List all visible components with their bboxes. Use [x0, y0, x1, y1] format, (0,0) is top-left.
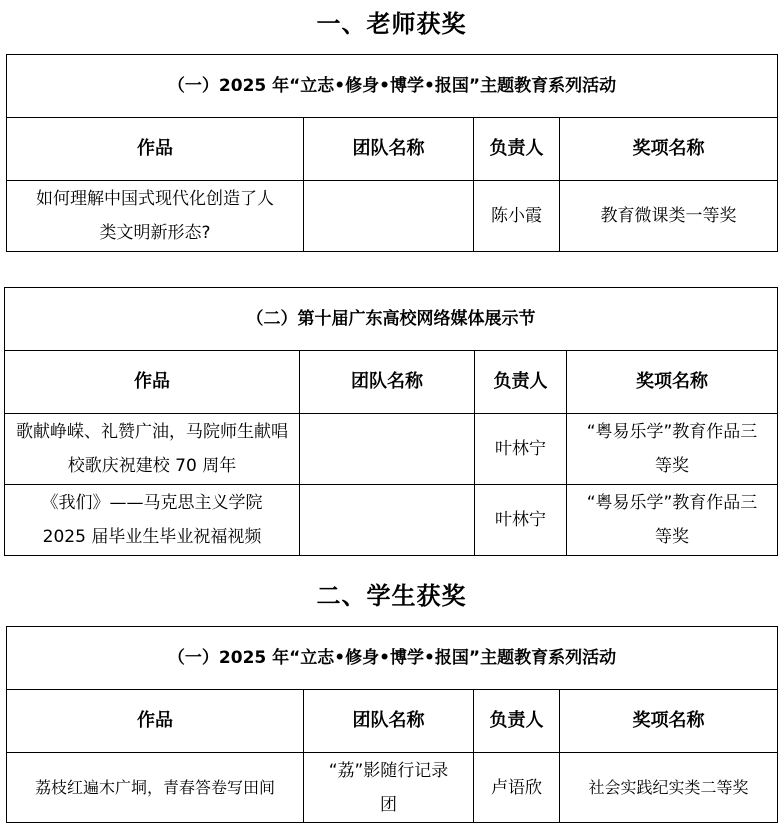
header-work: 作品: [7, 690, 304, 753]
header-leader: 负责人: [474, 690, 560, 753]
header-leader: 负责人: [474, 118, 560, 181]
table-caption: （二）第十届广东高校网络媒体展示节: [5, 288, 778, 351]
table-row: 荔枝红遍木广垌，青春答卷写田间 “荔”影随行记录团 卢语欣 社会实践纪实类二等奖: [7, 753, 778, 823]
cell-work: 如何理解中国式现代化创造了人类文明新形态?: [7, 181, 304, 252]
header-team-name: 团队名称: [304, 690, 474, 753]
header-leader: 负责人: [475, 351, 567, 414]
header-team-name: 团队名称: [300, 351, 475, 414]
table-caption: （一）2025 年“立志•修身•博学•报国”主题教育系列活动: [7, 627, 778, 690]
cell-award-name: “粤易乐学”教育作品三等奖: [567, 414, 778, 485]
cell-award-name: 社会实践纪实类二等奖: [560, 753, 778, 823]
cell-work: 《我们》——马克思主义学院 2025 届毕业生毕业祝福视频: [5, 485, 300, 556]
award-table-student-1: （一）2025 年“立志•修身•博学•报国”主题教育系列活动 作品 团队名称 负…: [6, 626, 778, 823]
table-row: 《我们》——马克思主义学院 2025 届毕业生毕业祝福视频 叶林宁 “粤易乐学”…: [5, 485, 778, 556]
header-award-name: 奖项名称: [560, 118, 778, 181]
cell-team-name: “荔”影随行记录团: [304, 753, 474, 823]
header-award-name: 奖项名称: [560, 690, 778, 753]
section-title-teacher-awards: 一、老师获奖: [0, 4, 783, 39]
cell-team-name: [300, 485, 475, 556]
cell-work: 歌献峥嵘、礼赞广油，马院师生献唱校歌庆祝建校 70 周年: [5, 414, 300, 485]
cell-award-name: “粤易乐学”教育作品三等奖: [567, 485, 778, 556]
header-work: 作品: [7, 118, 304, 181]
cell-leader: 叶林宁: [475, 485, 567, 556]
cell-work: 荔枝红遍木广垌，青春答卷写田间: [7, 753, 304, 823]
table-row: 如何理解中国式现代化创造了人类文明新形态? 陈小霞 教育微课类一等奖: [7, 181, 778, 252]
header-award-name: 奖项名称: [567, 351, 778, 414]
cell-leader: 卢语欣: [474, 753, 560, 823]
table-row: 歌献峥嵘、礼赞广油，马院师生献唱校歌庆祝建校 70 周年 叶林宁 “粤易乐学”教…: [5, 414, 778, 485]
section-title-student-awards: 二、学生获奖: [0, 576, 783, 611]
cell-team-name: [304, 181, 474, 252]
cell-team-name: [300, 414, 475, 485]
cell-award-name: 教育微课类一等奖: [560, 181, 778, 252]
cell-leader: 叶林宁: [475, 414, 567, 485]
award-table-teacher-2: （二）第十届广东高校网络媒体展示节 作品 团队名称 负责人 奖项名称 歌献峥嵘、…: [4, 287, 778, 556]
header-work: 作品: [5, 351, 300, 414]
table-caption: （一）2025 年“立志•修身•博学•报国”主题教育系列活动: [7, 55, 778, 118]
header-team-name: 团队名称: [304, 118, 474, 181]
award-table-teacher-1: （一）2025 年“立志•修身•博学•报国”主题教育系列活动 作品 团队名称 负…: [6, 54, 778, 252]
cell-leader: 陈小霞: [474, 181, 560, 252]
